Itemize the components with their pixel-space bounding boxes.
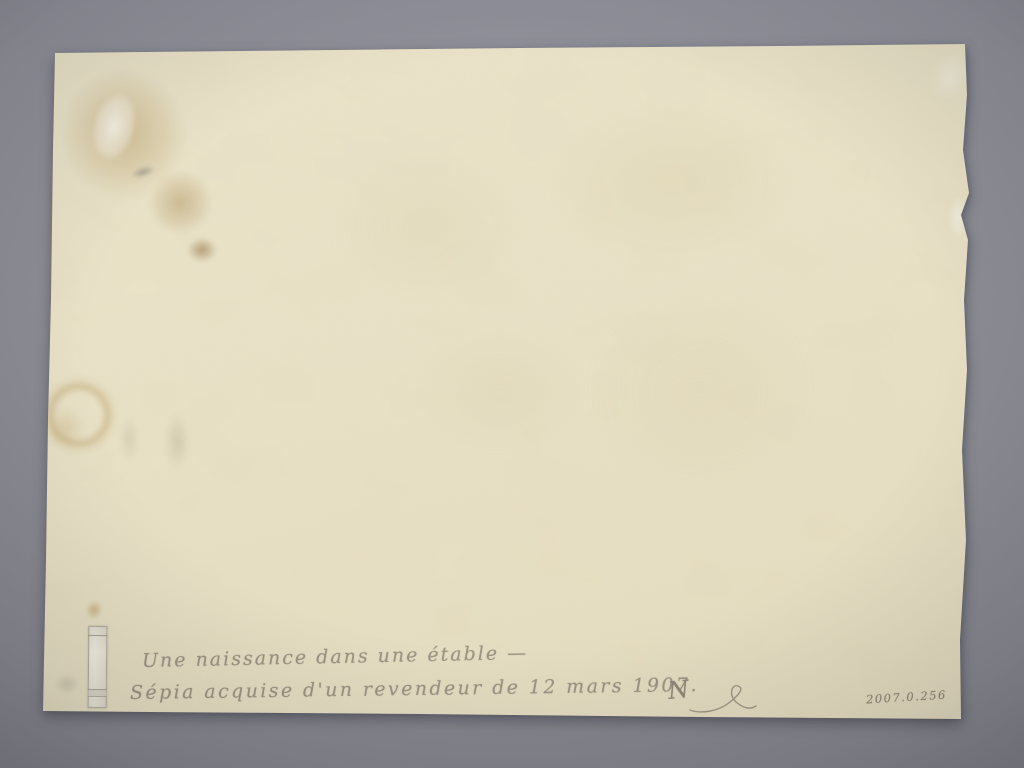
ring-stain-left-edge: [40, 376, 118, 454]
paper-sheet-verso: Une naissance dans une étable — Sépia ac…: [0, 0, 1024, 768]
stain-top-left-abrasion: [73, 78, 152, 184]
show-through-mottling-2: [540, 250, 860, 530]
faint-smudge-left-2: [158, 404, 196, 480]
label-strip-bottom-band: [88, 689, 107, 697]
inscription-monogram: N: [667, 675, 691, 705]
pasted-label-strip: [88, 626, 108, 708]
show-through-mottling-4: [380, 300, 620, 480]
stain-top-left-tail: [142, 160, 227, 255]
photo-of-artwork-verso: Une naissance dans une étable — Sépia ac…: [0, 0, 1024, 768]
faint-smudge-left-1: [114, 408, 144, 470]
monogram-flourish-swash: [688, 680, 758, 720]
show-through-mottling-3: [290, 120, 560, 330]
paper-shadow-wrapper: Une naissance dans une étable — Sépia ac…: [0, 0, 1024, 768]
label-strip-top-line: [88, 635, 107, 636]
stain-above-label-strip: [78, 593, 110, 628]
corner-chip-top-right: [909, 41, 982, 121]
ring-stain-fill: [40, 398, 96, 458]
paper-texture: [0, 0, 1024, 768]
gray-smudge-upper-left: [124, 159, 161, 185]
faint-marks-left-edge: [50, 670, 84, 698]
inscription-title-line: Une naissance dans une étable —: [142, 642, 529, 672]
stain-top-left-dark-spot: [178, 228, 226, 272]
inscription-provenance-line: Sépia acquise d'un revendeur de 12 mars …: [130, 674, 699, 704]
show-through-mottling-1: [500, 78, 840, 308]
stain-top-left: [56, 70, 216, 270]
accession-number: 2007.0.256: [866, 688, 948, 707]
deckle-chip-right-edge: [944, 188, 968, 246]
